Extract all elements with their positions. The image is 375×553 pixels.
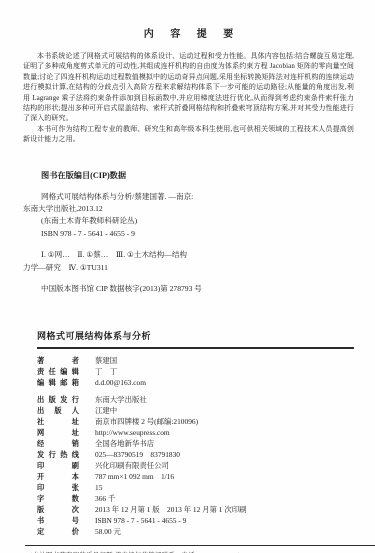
row-label: 书号 bbox=[37, 515, 79, 526]
row-sheets: 印张 15 bbox=[37, 482, 354, 493]
row-word-count: 字数 366 千 bbox=[37, 493, 354, 504]
footer-divider-rule bbox=[25, 545, 375, 546]
row-label: 版次 bbox=[37, 504, 79, 515]
cip-line-classification-1: Ⅰ. ①网… Ⅱ. ①蔡… Ⅲ. ①土木结构—结构 bbox=[23, 249, 354, 261]
row-value: 江建中 bbox=[95, 405, 354, 416]
row-price: 定价 58.00 元 bbox=[37, 526, 354, 537]
book-copyright-page: 内 容 提 要 本书系统论述了网格式可展结构的体系设计、运动过程和受力性能。具体… bbox=[0, 0, 375, 553]
cip-line-registration: 中国版本图书馆 CIP 数据核字(2013)第 278793 号 bbox=[23, 283, 354, 295]
row-value: 全国各地新华书店 bbox=[95, 438, 354, 449]
row-edition: 版次 2013 年 12 月第 1 版 2013 年 12 月第 1 次印刷 bbox=[37, 504, 354, 515]
row-publisher: 出版发行 东南大学出版社 bbox=[37, 394, 354, 405]
quality-footnote: (本社图书若有印装质量问题,请直接与营销部联系。电话:025-83791830) bbox=[29, 550, 354, 553]
row-author: 著者 蔡建国 bbox=[37, 355, 354, 366]
colophon-section: 网格式可展结构体系与分析 著者 蔡建国 责任编辑 丁 丁 编辑邮箱 d.d.00… bbox=[23, 329, 354, 553]
row-label: 著者 bbox=[37, 355, 79, 366]
row-address: 社址 南京市四牌楼 2 号(邮编:210096) bbox=[37, 416, 354, 427]
title-divider-rule bbox=[37, 347, 354, 349]
cip-section: 图书在版编目(CIP)数据 网格式可展结构体系与分析/蔡建国著. —南京: 东南… bbox=[23, 170, 354, 296]
row-label: 印张 bbox=[37, 482, 79, 493]
row-label: 发行热线 bbox=[37, 449, 79, 460]
row-publisher-person: 出版人 江建中 bbox=[37, 405, 354, 416]
row-value: 兴化印刷有限责任公司 bbox=[95, 460, 354, 471]
row-label: 出版发行 bbox=[37, 394, 79, 405]
row-editor-email: 编辑邮箱 d.d.00@163.com bbox=[37, 377, 354, 388]
row-value: 南京市四牌楼 2 号(邮编:210096) bbox=[95, 416, 354, 427]
row-website: 网址 http://www.seupress.com bbox=[37, 427, 354, 438]
row-label: 经销 bbox=[37, 438, 79, 449]
row-isbn: 书号 ISBN 978 - 7 - 5641 - 4655 - 9 bbox=[37, 515, 354, 526]
row-value: 东南大学出版社 bbox=[95, 394, 354, 405]
row-label: 出版人 bbox=[37, 405, 79, 416]
cip-line-classification-2: 力学—研究 Ⅳ. ①TU311 bbox=[23, 262, 354, 274]
summary-section: 内 容 提 要 本书系统论述了网格式可展结构的体系设计、运动过程和受力性能。具体… bbox=[23, 25, 354, 145]
cip-heading: 图书在版编目(CIP)数据 bbox=[23, 170, 354, 181]
row-value: 787 mm×1 092 mm 1/16 bbox=[95, 471, 354, 482]
cip-line-series: (东南土木青年教师科研论丛) bbox=[23, 215, 354, 227]
row-label: 责任编辑 bbox=[37, 366, 79, 377]
summary-paragraph-1: 本书系统论述了网格式可展结构的体系设计、运动过程和受力性能。具体内容包括:结合螺… bbox=[23, 51, 354, 124]
cip-line-title-author: 网格式可展结构体系与分析/蔡建国著. —南京: bbox=[23, 191, 354, 203]
row-value: 15 bbox=[95, 482, 354, 493]
row-format: 开本 787 mm×1 092 mm 1/16 bbox=[37, 471, 354, 482]
row-value: 2013 年 12 月第 1 版 2013 年 12 月第 1 次印刷 bbox=[95, 504, 354, 515]
row-label: 社址 bbox=[37, 416, 79, 427]
row-value: d.d.00@163.com bbox=[95, 377, 354, 388]
row-label: 开本 bbox=[37, 471, 79, 482]
row-value: 丁 丁 bbox=[95, 366, 354, 377]
row-sales-hotline: 发行热线 025—83790519 83791830 bbox=[37, 449, 354, 460]
cip-line-publisher: 东南大学出版社,2013.12 bbox=[23, 203, 354, 215]
row-value: http://www.seupress.com bbox=[95, 427, 354, 438]
row-label: 印刷 bbox=[37, 460, 79, 471]
cip-line-isbn: ISBN 978 - 7 - 5641 - 4655 - 9 bbox=[23, 228, 354, 240]
row-value: 366 千 bbox=[95, 493, 354, 504]
row-printer: 印刷 兴化印刷有限责任公司 bbox=[37, 460, 354, 471]
colophon-rows: 著者 蔡建国 责任编辑 丁 丁 编辑邮箱 d.d.00@163.com 出版发行… bbox=[37, 355, 354, 537]
row-value: 025—83790519 83791830 bbox=[95, 449, 354, 460]
row-value: 蔡建国 bbox=[95, 355, 354, 366]
row-label: 定价 bbox=[37, 526, 79, 537]
summary-heading: 内 容 提 要 bbox=[23, 25, 354, 40]
row-label: 编辑邮箱 bbox=[37, 377, 79, 388]
row-value: 58.00 元 bbox=[95, 526, 354, 537]
row-label: 字数 bbox=[37, 493, 79, 504]
row-editor: 责任编辑 丁 丁 bbox=[37, 366, 354, 377]
summary-paragraph-2: 本书可作为结构工程专业的教师、研究生和高年级本科生使用,也可供相关领域的工程技术… bbox=[23, 124, 354, 145]
row-value: ISBN 978 - 7 - 5641 - 4655 - 9 bbox=[95, 515, 354, 526]
row-distributor: 经销 全国各地新华书店 bbox=[37, 438, 354, 449]
row-label: 网址 bbox=[37, 427, 79, 438]
book-title: 网格式可展结构体系与分析 bbox=[37, 329, 354, 342]
